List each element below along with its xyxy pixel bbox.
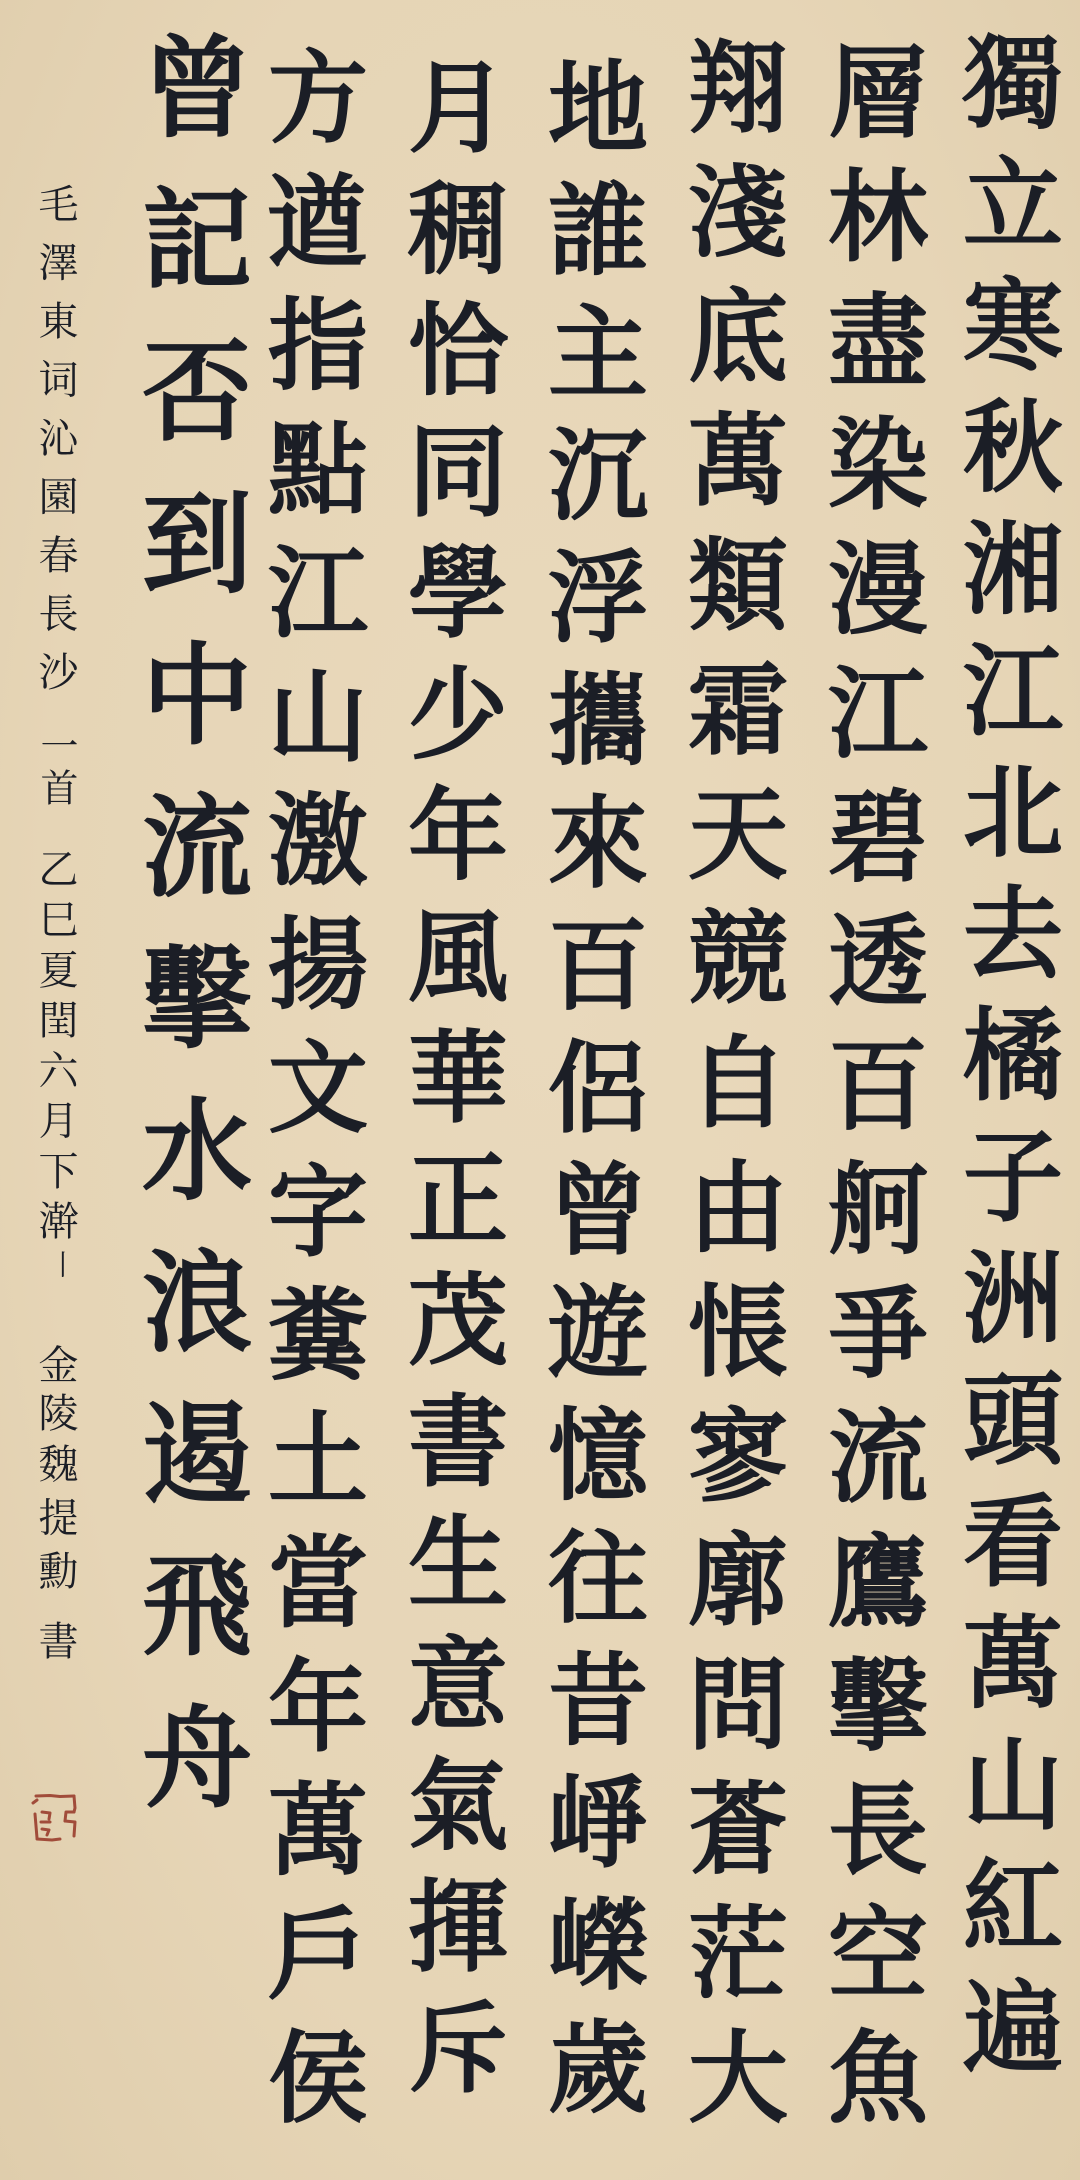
calligraphy-scroll: 獨立寒秋湘江北去橘子洲頭看萬山紅遍 層林盡染漫江碧透百舸爭流鷹擊長空魚 翔淺底萬… bbox=[0, 0, 1080, 2180]
poem-column-3: 翔淺底萬類霜天競自由悵寥廓問蒼茫大 bbox=[660, 35, 780, 2125]
poem-column-5: 月稠恰同學少年風華正茂書生意氣揮斥 bbox=[380, 55, 500, 2095]
poem-column-7: 曾記否到中流擊水浪遏飛舟 bbox=[113, 30, 243, 1810]
inscription-count: 一首 bbox=[29, 726, 75, 806]
seal-icon bbox=[30, 1792, 78, 1844]
poem-column-2: 層林盡染漫江碧透百舸爭流鷹擊長空魚 bbox=[800, 40, 920, 2125]
inscription-title: 毛澤東词沁園春長沙 bbox=[29, 183, 75, 691]
signature-verb: 書 bbox=[29, 1620, 75, 1662]
seal-stamp bbox=[30, 1792, 78, 1844]
poem-column-4: 地誰主沉浮攜來百侶曾遊憶往昔崢嶸歲 bbox=[520, 55, 640, 2115]
signature-place: 金陵 bbox=[29, 1344, 75, 1432]
poem-column-1: 獨立寒秋湘江北去橘子洲頭看萬山紅遍 bbox=[935, 30, 1055, 2075]
poem-column-6: 方遒指點江山激揚文字糞土當年萬戶侯 bbox=[240, 45, 360, 2125]
inscription-mark: 丨 bbox=[29, 1250, 75, 1280]
signature-name: 魏提勳 bbox=[29, 1443, 75, 1590]
inscription-date: 乙巳夏閏六月下澣 bbox=[29, 848, 75, 1240]
